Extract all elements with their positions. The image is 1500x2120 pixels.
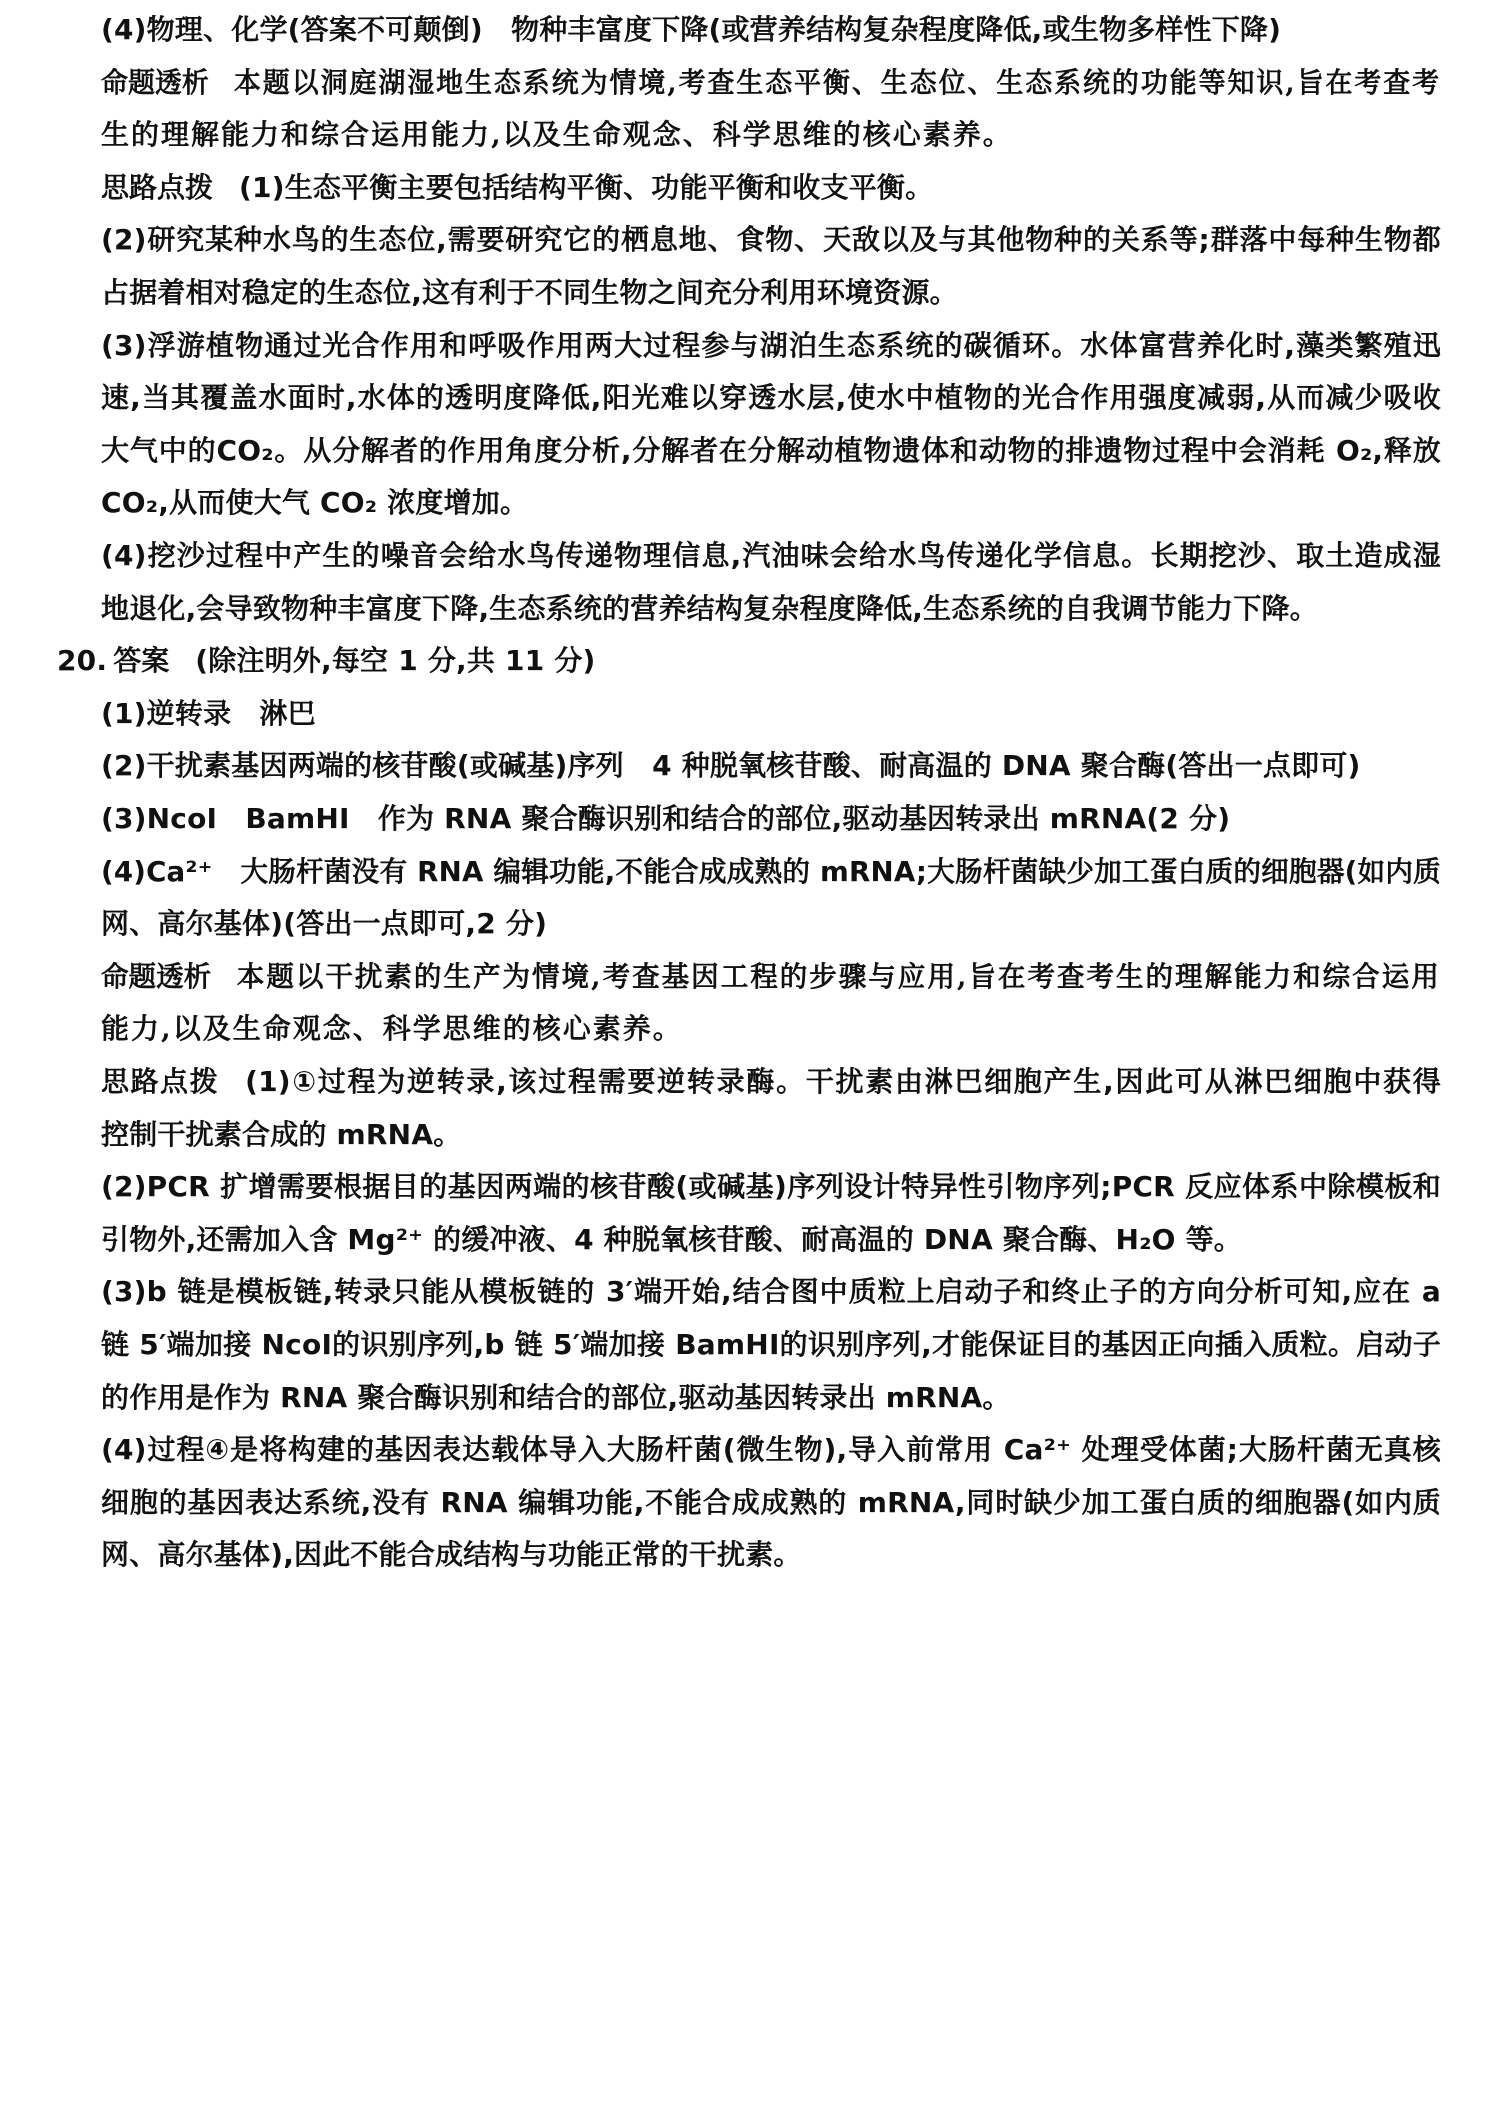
- line-text: 的作用是作为 RNA 聚合酶识别和结合的部位,驱动基因转录出 mRNA。: [101, 1381, 1011, 1414]
- text-line: (4)过程④是将构建的基因表达载体导入大肠杆菌(微生物),导入前常用 Ca²⁺ …: [101, 1424, 1441, 1476]
- text-line: 占据着相对稳定的生态位,这有利于不同生物之间充分利用环境资源。: [101, 267, 1441, 319]
- line-text: 网、高尔基体),因此不能合成结构与功能正常的干扰素。: [101, 1538, 802, 1571]
- line-text: 生的理解能力和综合运用能力,以及生命观念、科学思维的核心素养。: [101, 118, 1013, 151]
- text-line: 细胞的基因表达系统,没有 RNA 编辑功能,不能合成成熟的 mRNA,同时缺少加…: [101, 1477, 1441, 1529]
- text-line: (2)PCR 扩增需要根据目的基因两端的核苷酸(或碱基)序列设计特异性引物序列;…: [101, 1161, 1441, 1213]
- line-text: (2)研究某种水鸟的生态位,需要研究它的栖息地、食物、天敌以及与其他物种的关系等…: [101, 223, 1441, 256]
- text-line: 网、高尔基体)(答出一点即可,2 分): [101, 898, 1441, 950]
- section-label: 命题透析: [101, 960, 211, 993]
- text-line: 的作用是作为 RNA 聚合酶识别和结合的部位,驱动基因转录出 mRNA。: [101, 1372, 1441, 1424]
- section-label: 思路点拨: [101, 1065, 219, 1098]
- line-text: (4)Ca²⁺ 大肠杆菌没有 RNA 编辑功能,不能合成成熟的 mRNA;大肠杆…: [101, 855, 1441, 888]
- text-line: 生的理解能力和综合运用能力,以及生命观念、科学思维的核心素养。: [101, 109, 1441, 161]
- line-text: 控制干扰素合成的 mRNA。: [101, 1118, 461, 1151]
- line-text: (除注明外,每空 1 分,共 11 分): [195, 644, 595, 677]
- text-line: (2)干扰素基因两端的核苷酸(或碱基)序列 4 种脱氧核苷酸、耐高温的 DNA …: [101, 740, 1441, 792]
- section-label: 命题透析: [101, 66, 209, 99]
- section-label: 思路点拨: [101, 171, 213, 204]
- line-text: 本题以干扰素的生产为情境,考查基因工程的步骤与应用,旨在考查考生的理解能力和综合…: [237, 960, 1441, 993]
- line-text: 本题以洞庭湖湿地生态系统为情境,考查生态平衡、生态位、生态系统的功能等知识,旨在…: [234, 66, 1441, 99]
- text-line: 20.答案(除注明外,每空 1 分,共 11 分): [57, 635, 1397, 687]
- question-number: 20.: [57, 644, 107, 677]
- text-line: 控制干扰素合成的 mRNA。: [101, 1109, 1441, 1161]
- text-line: (4)Ca²⁺ 大肠杆菌没有 RNA 编辑功能,不能合成成熟的 mRNA;大肠杆…: [101, 846, 1424, 898]
- line-text: (3)浮游植物通过光合作用和呼吸作用两大过程参与湖泊生态系统的碳循环。水体富营养…: [101, 329, 1441, 362]
- text-line: (2)研究某种水鸟的生态位,需要研究它的栖息地、食物、天敌以及与其他物种的关系等…: [101, 214, 1441, 266]
- text-line: (4)挖沙过程中产生的噪音会给水鸟传递物理信息,汽油味会给水鸟传递化学信息。长期…: [101, 530, 1441, 582]
- text-line: 能力,以及生命观念、科学思维的核心素养。: [101, 1003, 1441, 1055]
- line-text: 能力,以及生命观念、科学思维的核心素养。: [101, 1012, 683, 1045]
- text-line: 思路点拨(1)①过程为逆转录,该过程需要逆转录酶。干扰素由淋巴细胞产生,因此可从…: [101, 1056, 1441, 1108]
- line-text: 占据着相对稳定的生态位,这有利于不同生物之间充分利用环境资源。: [101, 276, 958, 309]
- text-line: 网、高尔基体),因此不能合成结构与功能正常的干扰素。: [101, 1529, 1441, 1581]
- line-text: (3)NcoⅠ BamHⅠ 作为 RNA 聚合酶识别和结合的部位,驱动基因转录出…: [101, 802, 1230, 835]
- line-text: (4)物理、化学(答案不可颠倒) 物种丰富度下降(或营养结构复杂程度降低,或生物…: [101, 13, 1281, 46]
- text-line: 大气中的CO₂。从分解者的作用角度分析,分解者在分解动植物遗体和动物的排遗物过程…: [101, 425, 1441, 477]
- line-text: (3)b 链是模板链,转录只能从模板链的 3′端开始,结合图中质粒上启动子和终止…: [101, 1275, 1441, 1308]
- line-text: 链 5′端加接 NcoⅠ的识别序列,b 链 5′端加接 BamHⅠ的识别序列,才…: [101, 1328, 1441, 1361]
- line-text: 速,当其覆盖水面时,水体的透明度降低,阳光难以穿透水层,使水中植物的光合作用强度…: [101, 381, 1441, 414]
- text-line: 地退化,会导致物种丰富度下降,生态系统的营养结构复杂程度降低,生态系统的自我调节…: [101, 583, 1441, 635]
- line-text: CO₂,从而使大气 CO₂ 浓度增加。: [101, 486, 528, 519]
- line-text: (4)过程④是将构建的基因表达载体导入大肠杆菌(微生物),导入前常用 Ca²⁺ …: [101, 1433, 1441, 1466]
- line-text: (2)干扰素基因两端的核苷酸(或碱基)序列 4 种脱氧核苷酸、耐高温的 DNA …: [101, 749, 1361, 782]
- text-line: (1)逆转录 淋巴: [101, 688, 1441, 740]
- text-line: 链 5′端加接 NcoⅠ的识别序列,b 链 5′端加接 BamHⅠ的识别序列,才…: [101, 1319, 1441, 1371]
- line-text: (4)挖沙过程中产生的噪音会给水鸟传递物理信息,汽油味会给水鸟传递化学信息。长期…: [101, 539, 1441, 572]
- line-text: 网、高尔基体)(答出一点即可,2 分): [101, 907, 547, 940]
- text-line: 命题透析本题以洞庭湖湿地生态系统为情境,考查生态平衡、生态位、生态系统的功能等知…: [101, 57, 1391, 109]
- line-text: (1)逆转录 淋巴: [101, 697, 316, 730]
- line-text: 大气中的CO₂。从分解者的作用角度分析,分解者在分解动植物遗体和动物的排遗物过程…: [101, 434, 1441, 467]
- line-text: (2)PCR 扩增需要根据目的基因两端的核苷酸(或碱基)序列设计特异性引物序列;…: [101, 1170, 1441, 1203]
- line-text: 引物外,还需加入含 Mg²⁺ 的缓冲液、4 种脱氧核苷酸、耐高温的 DNA 聚合…: [101, 1223, 1242, 1256]
- text-line: 命题透析本题以干扰素的生产为情境,考查基因工程的步骤与应用,旨在考查考生的理解能…: [101, 951, 1420, 1003]
- line-text: (1)生态平衡主要包括结构平衡、功能平衡和收支平衡。: [239, 171, 933, 204]
- line-text: 细胞的基因表达系统,没有 RNA 编辑功能,不能合成成熟的 mRNA,同时缺少加…: [101, 1486, 1441, 1519]
- text-line: 速,当其覆盖水面时,水体的透明度降低,阳光难以穿透水层,使水中植物的光合作用强度…: [101, 372, 1441, 424]
- text-line: (3)NcoⅠ BamHⅠ 作为 RNA 聚合酶识别和结合的部位,驱动基因转录出…: [101, 793, 1441, 845]
- section-label: 答案: [113, 644, 169, 677]
- line-text: (1)①过程为逆转录,该过程需要逆转录酶。干扰素由淋巴细胞产生,因此可从淋巴细胞…: [245, 1065, 1441, 1098]
- text-line: (4)物理、化学(答案不可颠倒) 物种丰富度下降(或营养结构复杂程度降低,或生物…: [101, 4, 1441, 56]
- line-text: 地退化,会导致物种丰富度下降,生态系统的营养结构复杂程度降低,生态系统的自我调节…: [101, 592, 1318, 625]
- text-line: (3)b 链是模板链,转录只能从模板链的 3′端开始,结合图中质粒上启动子和终止…: [101, 1266, 1441, 1318]
- text-line: 思路点拨(1)生态平衡主要包括结构平衡、功能平衡和收支平衡。: [101, 162, 1441, 214]
- text-line: CO₂,从而使大气 CO₂ 浓度增加。: [101, 477, 1441, 529]
- text-line: (3)浮游植物通过光合作用和呼吸作用两大过程参与湖泊生态系统的碳循环。水体富营养…: [101, 320, 1441, 372]
- text-line: 引物外,还需加入含 Mg²⁺ 的缓冲液、4 种脱氧核苷酸、耐高温的 DNA 聚合…: [101, 1214, 1441, 1266]
